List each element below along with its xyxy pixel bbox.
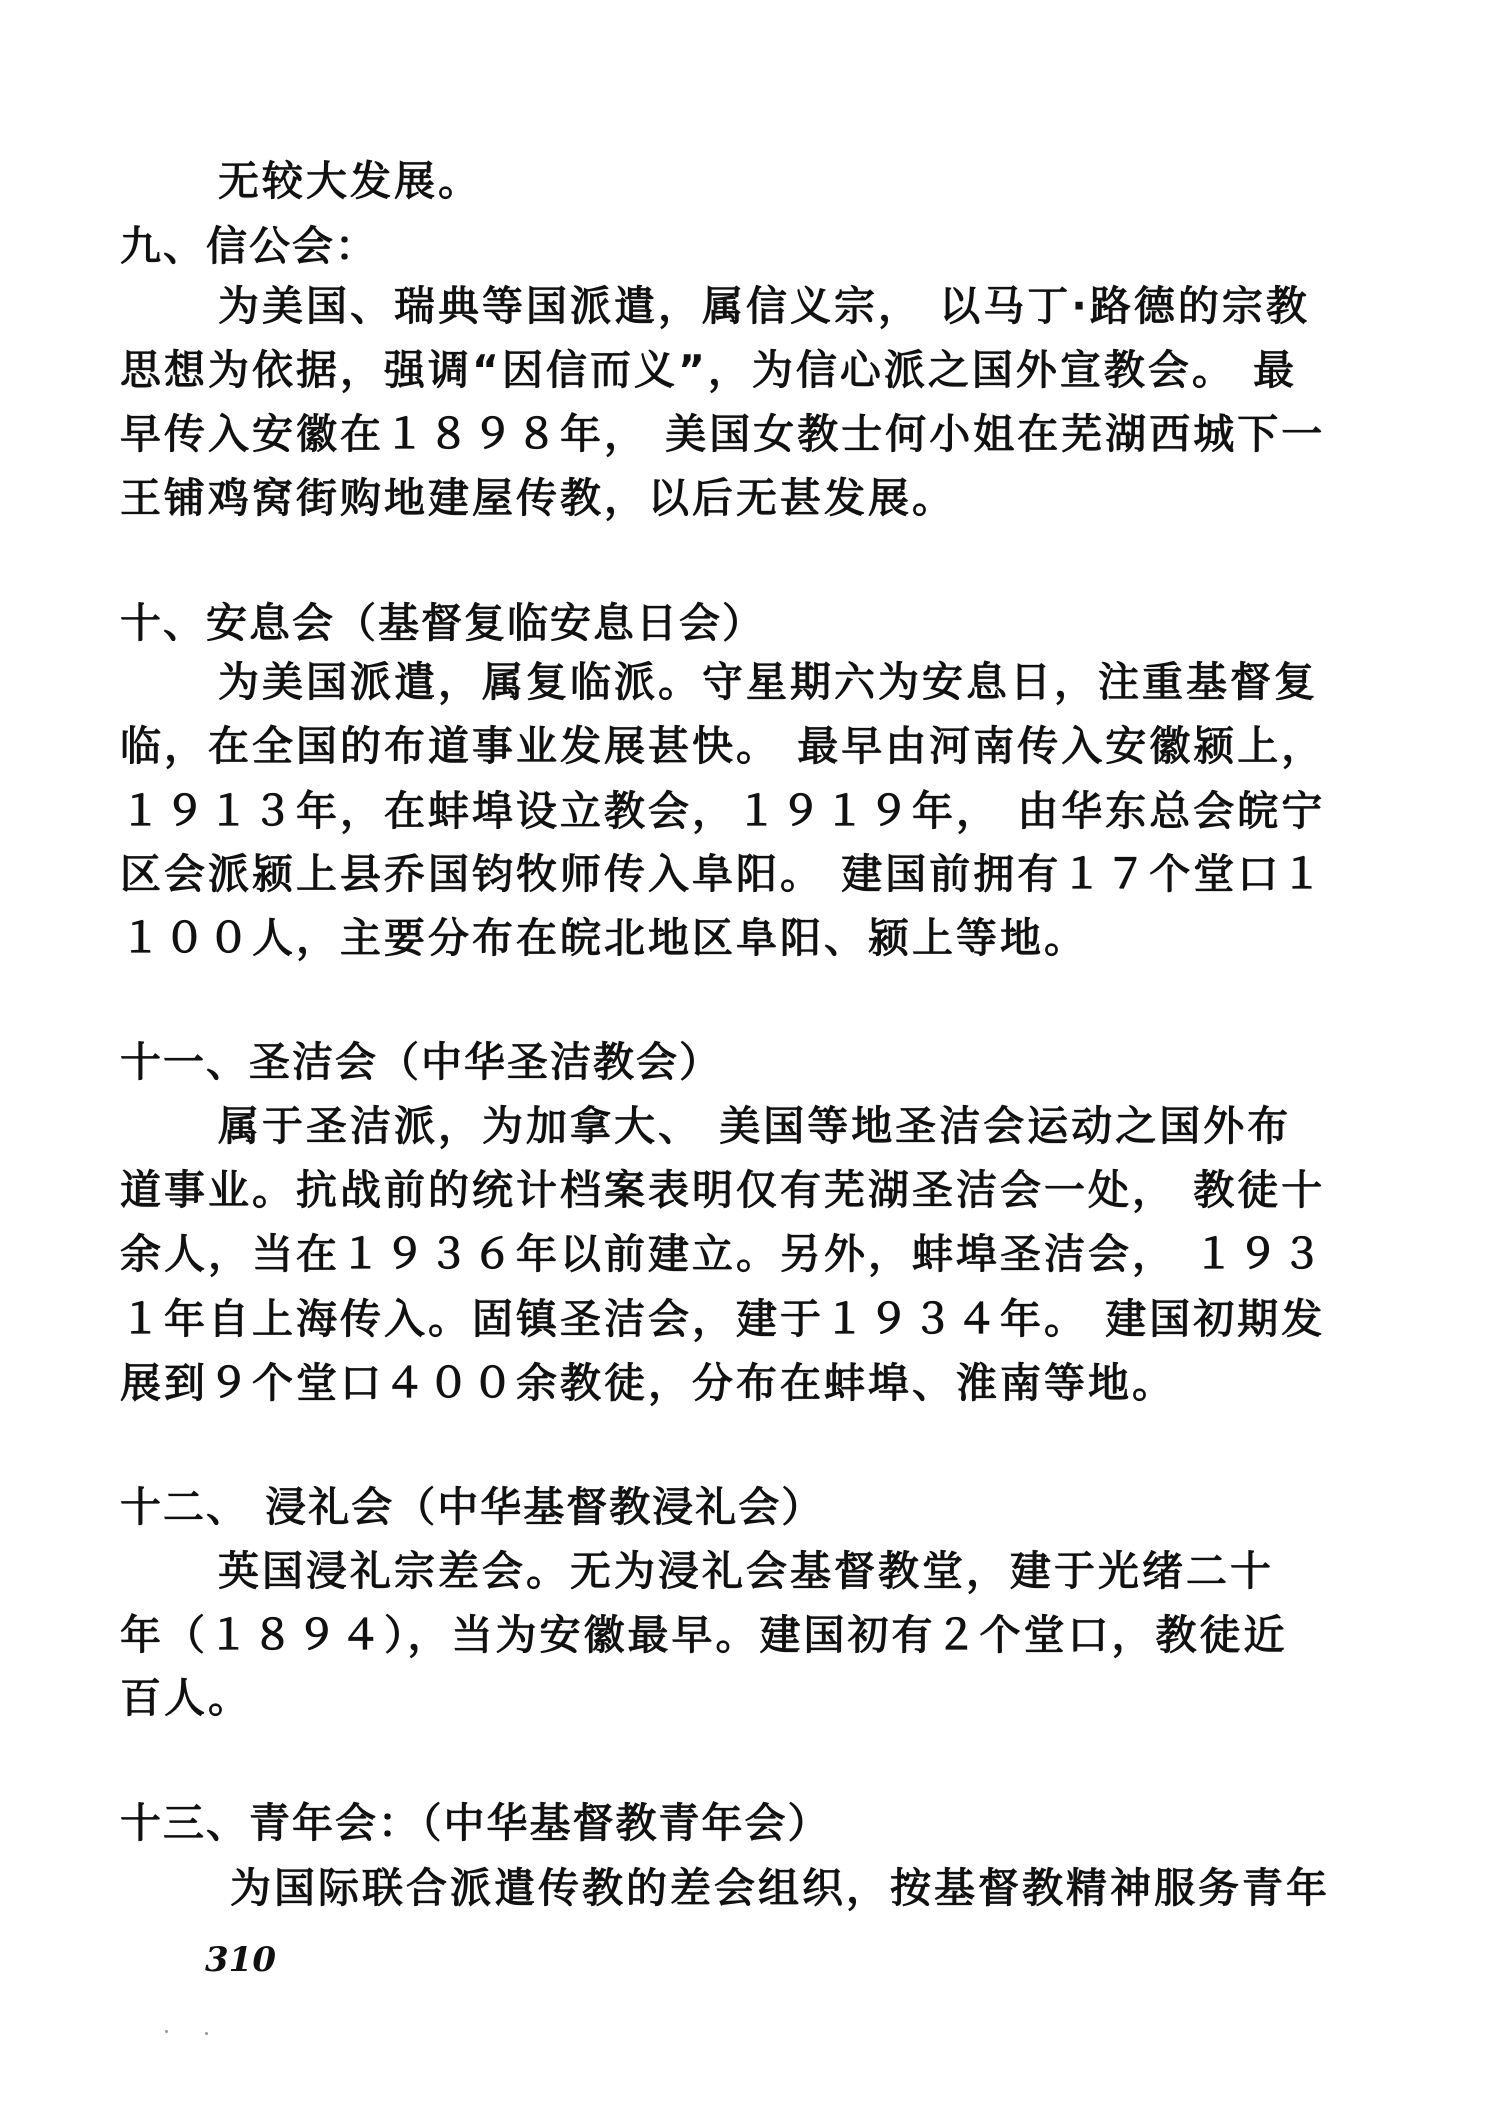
paragraph-line: 早传入安徽在１８９８年， 美国女教士何小姐在芜湖西城下一 xyxy=(120,408,1420,460)
paragraph-line: 展到９个堂口４００余教徒，分布在蚌埠、淮南等地。 xyxy=(120,1357,1420,1409)
paragraph-line: １９１３年，在蚌埠设立教会，１９１９年， 由华东总会皖宁 xyxy=(120,785,1420,837)
paragraph-line: １００人，主要分布在皖北地区阜阳、颍上等地。 xyxy=(120,912,1420,964)
paragraph-line: 王铺鸡窝街购地建屋传教，以后无甚发展。 xyxy=(120,472,1420,524)
section-heading-11: 十一、圣洁会（中华圣洁教会） xyxy=(120,1036,1420,1088)
section-heading-12: 十二、 浸礼会（中华基督教浸礼会） xyxy=(120,1481,1420,1533)
scan-speck xyxy=(205,2032,208,2035)
paragraph-line: １年自上海传入。固镇圣洁会，建于１９３４年。 建国初期发 xyxy=(120,1293,1420,1345)
paragraph-line: 为美国、瑞典等国派遣，属信义宗， 以马丁·路德的宗教 xyxy=(218,280,1500,332)
paragraph-line: 无较大发展。 xyxy=(218,155,1500,207)
paragraph-line: 为美国派遣，属复临派。守星期六为安息日，注重基督复 xyxy=(218,656,1500,708)
paragraph-line: 余人，当在１９３６年以前建立。另外，蚌埠圣洁会， １９３ xyxy=(120,1228,1420,1280)
paragraph-line: 临，在全国的布道事业发展甚快。 最早由河南传入安徽颍上， xyxy=(120,720,1420,772)
page-number: 310 xyxy=(205,1940,276,1980)
paragraph-line: 英国浸礼宗差会。无为浸礼会基督教堂，建于光绪二十 xyxy=(218,1545,1500,1597)
paragraph-line: 道事业。抗战前的统计档案表明仅有芜湖圣洁会一处， 教徒十 xyxy=(120,1164,1420,1216)
section-heading-13: 十三、青年会：（中华基督教青年会） xyxy=(120,1797,1420,1849)
paragraph-line: 思想为依据，强调“因信而义”，为信心派之国外宣教会。 最 xyxy=(120,344,1420,396)
paragraph-line: 百人。 xyxy=(120,1672,1420,1724)
section-heading-9: 九、信公会： xyxy=(120,220,1420,272)
paragraph-line: 属于圣洁派，为加拿大、 美国等地圣洁会运动之国外布 xyxy=(218,1100,1500,1152)
paragraph-line: 年（１８９４），当为安徽最早。建国初有２个堂口，教徒近 xyxy=(120,1609,1420,1661)
paragraph-line: 区会派颍上县乔国钧牧师传入阜阳。 建国前拥有１７个堂口１ xyxy=(120,848,1420,900)
paragraph-line: 为国际联合派遣传教的差会组织，按基督教精神服务青年 xyxy=(230,1862,1500,1914)
scanned-book-page: 无较大发展。 九、信公会： 为美国、瑞典等国派遣，属信义宗， 以马丁·路德的宗教… xyxy=(0,0,1500,2106)
scan-speck xyxy=(165,2030,168,2033)
section-heading-10: 十、安息会（基督复临安息日会） xyxy=(120,597,1420,649)
